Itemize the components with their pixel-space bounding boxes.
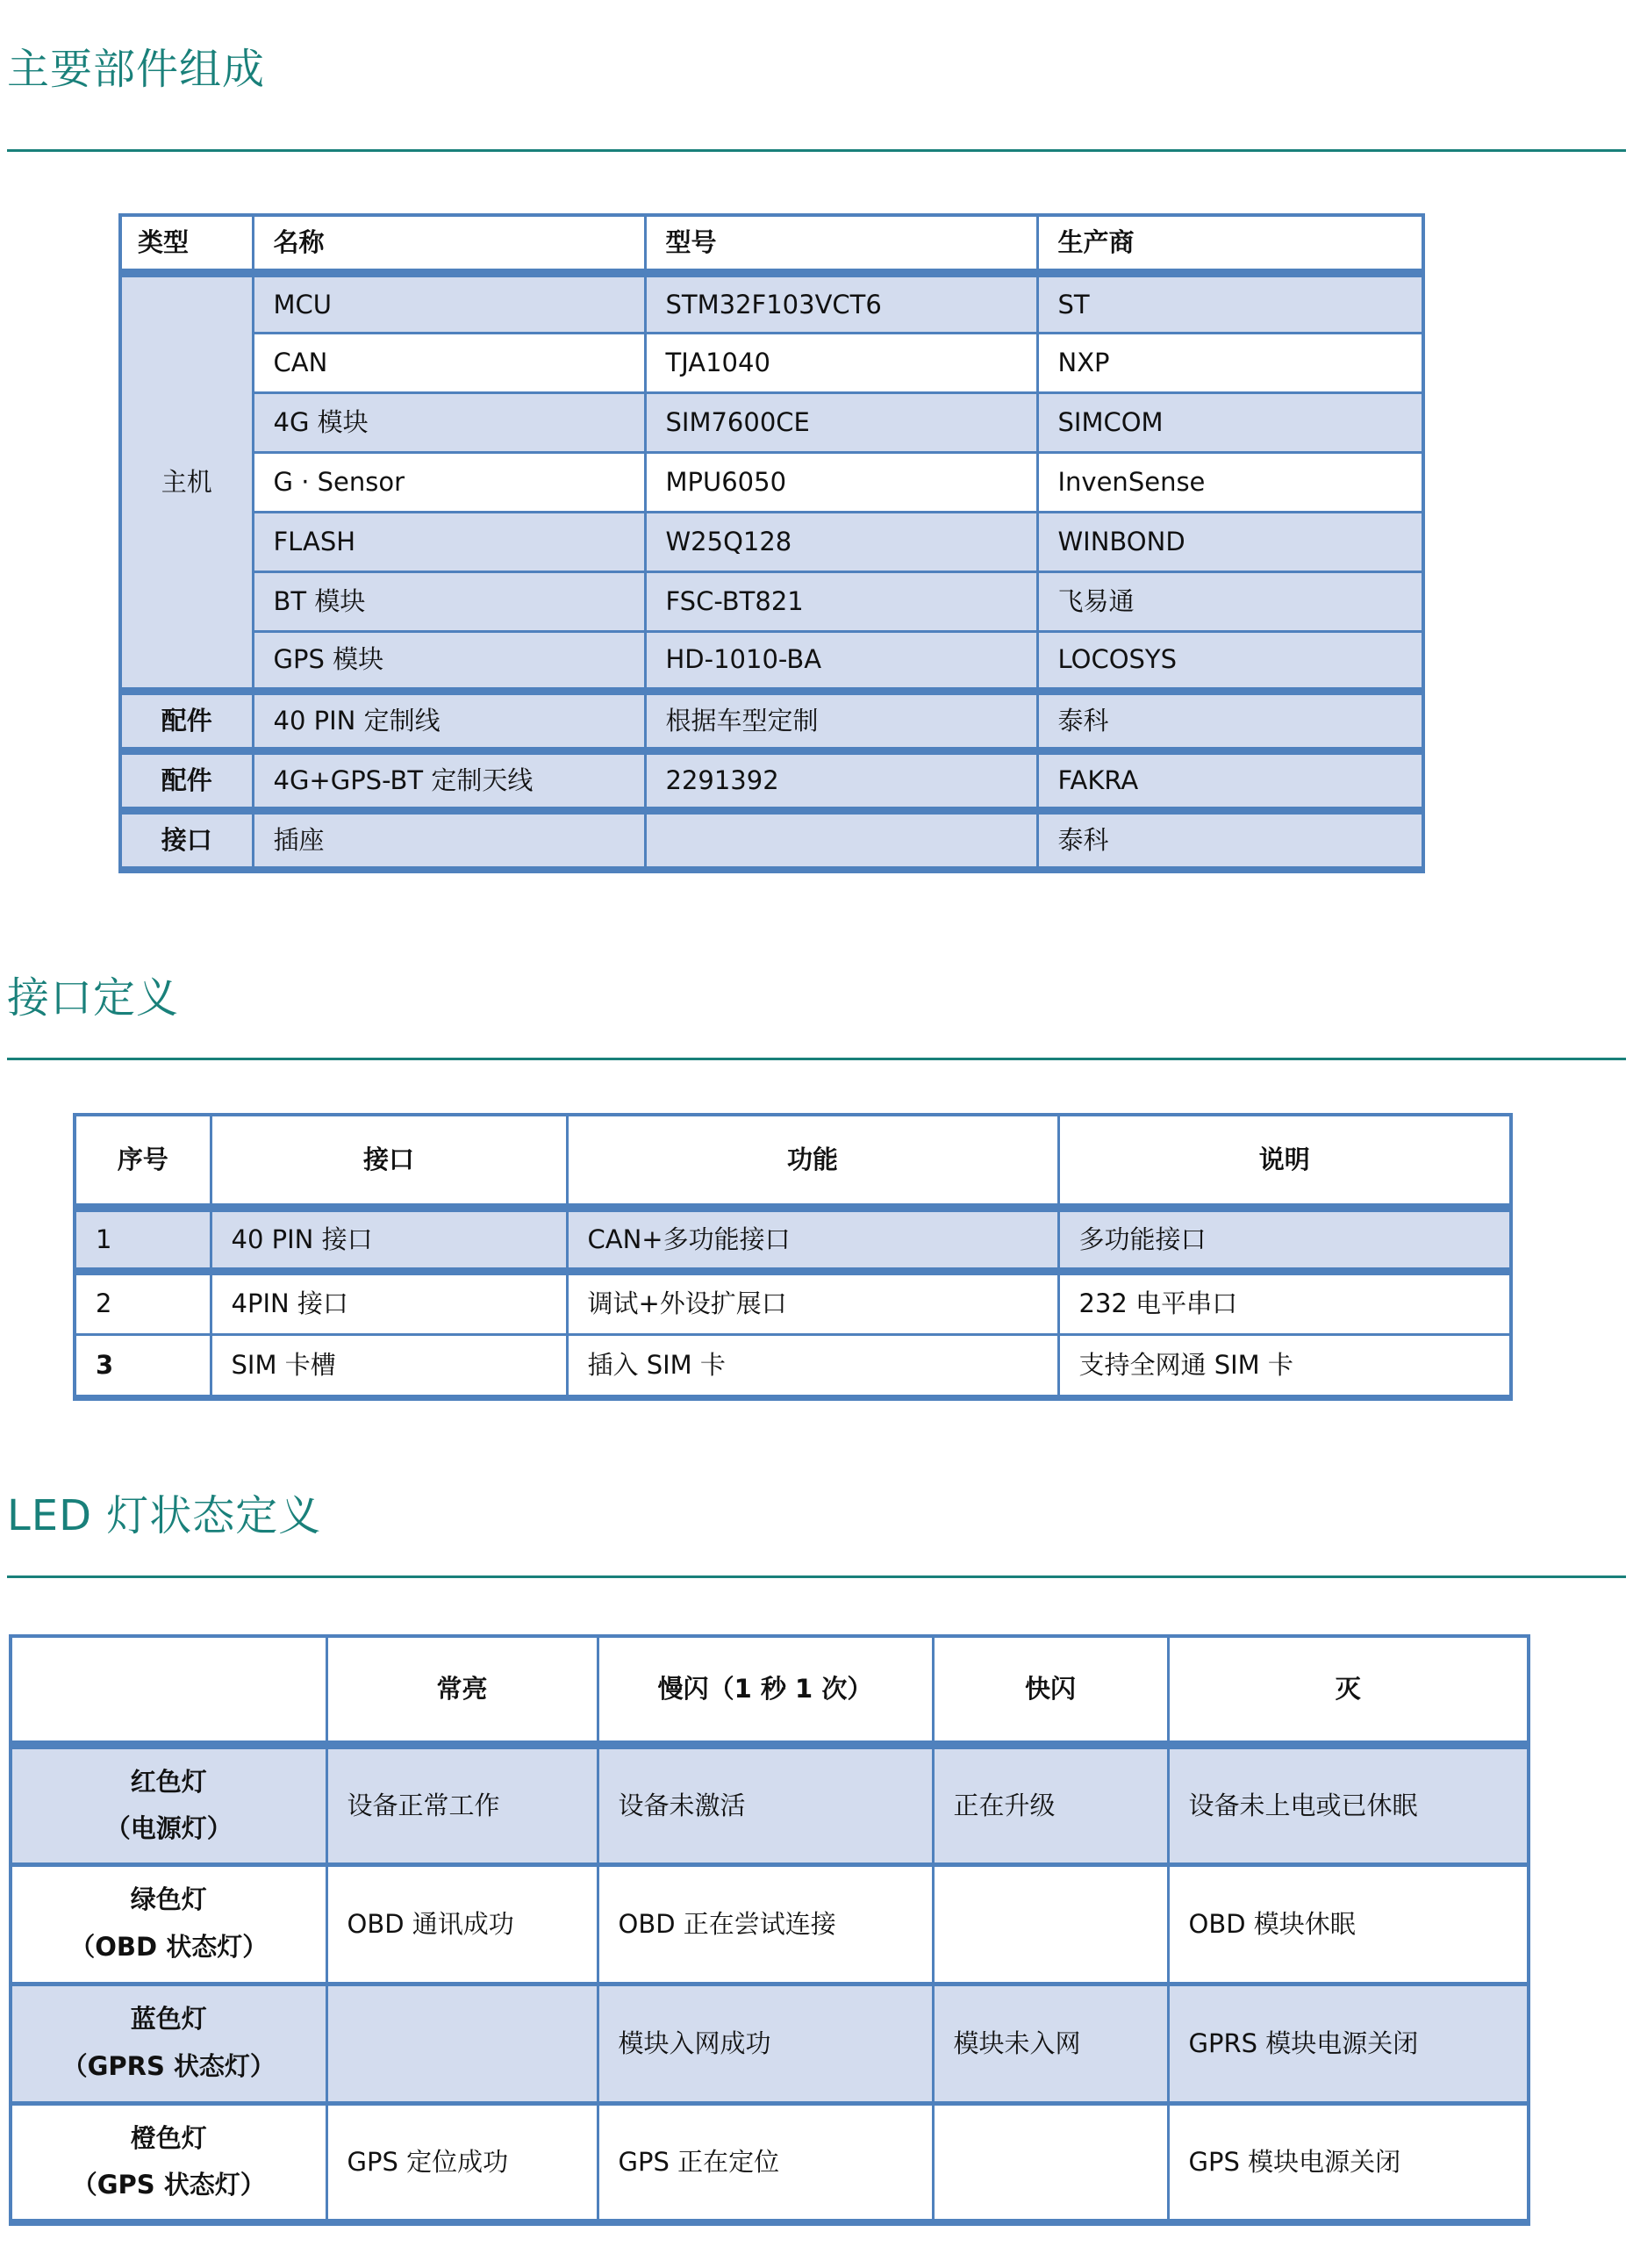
table-cell: 支持全网通 SIM 卡 bbox=[1058, 1334, 1511, 1397]
table-cell: NXP bbox=[1037, 333, 1423, 392]
table-cell: FAKRA bbox=[1037, 750, 1423, 810]
table-cell: OBD 通讯成功 bbox=[326, 1864, 598, 1984]
table-cell: 泰科 bbox=[1037, 691, 1423, 750]
table-cell: OBD 正在尝试连接 bbox=[598, 1864, 933, 1984]
table-cell: 设备未上电或已休眠 bbox=[1168, 1745, 1529, 1864]
table-cell: 绿色灯（OBD 状态灯） bbox=[11, 1864, 326, 1984]
table-cell: SIM7600CE bbox=[645, 392, 1037, 452]
column-header: 说明 bbox=[1058, 1115, 1511, 1208]
table-cell: 2291392 bbox=[645, 750, 1037, 810]
table-cell: 调试+外设扩展口 bbox=[567, 1271, 1058, 1334]
table-cell: 模块入网成功 bbox=[598, 1984, 933, 2103]
table-row: FLASHW25Q128WINBOND bbox=[120, 512, 1423, 571]
section-title-interfaces: 接口定义 bbox=[7, 964, 179, 1024]
table-cell: InvenSense bbox=[1037, 452, 1423, 512]
table-cell bbox=[933, 2103, 1168, 2222]
column-header: 常亮 bbox=[326, 1636, 598, 1745]
table-cell: 3 bbox=[75, 1334, 211, 1397]
cell-line: 绿色灯 bbox=[12, 1877, 326, 1924]
table-cell: GPS 定位成功 bbox=[326, 2103, 598, 2222]
table-cell: GPS 模块电源关闭 bbox=[1168, 2103, 1529, 2222]
section-title-led-states: LED 灯状态定义 bbox=[7, 1482, 321, 1542]
table-cell: FSC-BT821 bbox=[645, 571, 1037, 631]
table-row: 140 PIN 接口CAN+多功能接口多功能接口 bbox=[75, 1208, 1511, 1271]
table-cell: MPU6050 bbox=[645, 452, 1037, 512]
table-row: BT 模块FSC-BT821飞易通 bbox=[120, 571, 1423, 631]
document-page: 主要部件组成 类型名称型号生产商主机MCUSTM32F103VCT6STCANT… bbox=[0, 0, 1633, 2268]
column-header: 灭 bbox=[1168, 1636, 1529, 1745]
table-row: 蓝色灯（GPRS 状态灯）模块入网成功模块未入网GPRS 模块电源关闭 bbox=[11, 1984, 1529, 2103]
table-cell: WINBOND bbox=[1037, 512, 1423, 571]
table-cell: 多功能接口 bbox=[1058, 1208, 1511, 1271]
table-row: 3SIM 卡槽插入 SIM 卡支持全网通 SIM 卡 bbox=[75, 1334, 1511, 1397]
column-header: 功能 bbox=[567, 1115, 1058, 1208]
table-cell: 设备未激活 bbox=[598, 1745, 933, 1864]
table-cell: G · Sensor bbox=[253, 452, 645, 512]
table-cell: 接口 bbox=[120, 810, 253, 870]
table-row: G · SensorMPU6050InvenSense bbox=[120, 452, 1423, 512]
components-table: 类型名称型号生产商主机MCUSTM32F103VCT6STCANTJA1040N… bbox=[118, 213, 1425, 873]
table-cell: 插入 SIM 卡 bbox=[567, 1334, 1058, 1397]
table-cell: GPRS 模块电源关闭 bbox=[1168, 1984, 1529, 2103]
column-header: 型号 bbox=[645, 215, 1037, 273]
table-cell: OBD 模块休眠 bbox=[1168, 1864, 1529, 1984]
table-cell: BT 模块 bbox=[253, 571, 645, 631]
table-cell: 橙色灯（GPS 状态灯） bbox=[11, 2103, 326, 2222]
table-row: 绿色灯（OBD 状态灯）OBD 通讯成功OBD 正在尝试连接OBD 模块休眠 bbox=[11, 1864, 1529, 1984]
column-header: 慢闪（1 秒 1 次） bbox=[598, 1636, 933, 1745]
table-cell: LOCOSYS bbox=[1037, 631, 1423, 691]
header-row: 类型名称型号生产商 bbox=[120, 215, 1423, 273]
table-row: 24PIN 接口调试+外设扩展口232 电平串口 bbox=[75, 1271, 1511, 1334]
table-cell: 正在升级 bbox=[933, 1745, 1168, 1864]
table-cell: SIMCOM bbox=[1037, 392, 1423, 452]
table-cell: FLASH bbox=[253, 512, 645, 571]
table-cell bbox=[645, 810, 1037, 870]
column-header: 接口 bbox=[211, 1115, 567, 1208]
table-cell: 4G 模块 bbox=[253, 392, 645, 452]
column-header: 生产商 bbox=[1037, 215, 1423, 273]
column-header: 名称 bbox=[253, 215, 645, 273]
table-cell: MCU bbox=[253, 273, 645, 333]
table-cell: 泰科 bbox=[1037, 810, 1423, 870]
column-header: 快闪 bbox=[933, 1636, 1168, 1745]
table-cell: 模块未入网 bbox=[933, 1984, 1168, 2103]
table-cell: 根据车型定制 bbox=[645, 691, 1037, 750]
title-underline bbox=[7, 149, 1626, 152]
table-cell: 4G+GPS-BT 定制天线 bbox=[253, 750, 645, 810]
table-cell: STM32F103VCT6 bbox=[645, 273, 1037, 333]
table-cell: 蓝色灯（GPRS 状态灯） bbox=[11, 1984, 326, 2103]
cell-line: 蓝色灯 bbox=[12, 1996, 326, 2043]
table-cell: 232 电平串口 bbox=[1058, 1271, 1511, 1334]
table-row: CANTJA1040NXP bbox=[120, 333, 1423, 392]
section-title-components: 主要部件组成 bbox=[7, 35, 265, 96]
header-row: 序号接口功能说明 bbox=[75, 1115, 1511, 1208]
table-cell: CAN+多功能接口 bbox=[567, 1208, 1058, 1271]
header-row: 常亮慢闪（1 秒 1 次）快闪灭 bbox=[11, 1636, 1529, 1745]
table-cell: 40 PIN 定制线 bbox=[253, 691, 645, 750]
cell-line: 红色灯 bbox=[12, 1759, 326, 1806]
column-header: 序号 bbox=[75, 1115, 211, 1208]
table-cell: 设备正常工作 bbox=[326, 1745, 598, 1864]
table-cell: 1 bbox=[75, 1208, 211, 1271]
table-cell: GPS 正在定位 bbox=[598, 2103, 933, 2222]
column-header bbox=[11, 1636, 326, 1745]
table-cell: TJA1040 bbox=[645, 333, 1037, 392]
table-cell: 飞易通 bbox=[1037, 571, 1423, 631]
table-cell: SIM 卡槽 bbox=[211, 1334, 567, 1397]
cell-line: （GPRS 状态灯） bbox=[12, 2043, 326, 2091]
title-underline bbox=[7, 1575, 1626, 1578]
cell-line: （电源灯） bbox=[12, 1805, 326, 1853]
table-cell bbox=[326, 1984, 598, 2103]
table-cell: 插座 bbox=[253, 810, 645, 870]
table-row: GPS 模块HD-1010-BALOCOSYS bbox=[120, 631, 1423, 691]
table-cell: 2 bbox=[75, 1271, 211, 1334]
table-row: 接口插座泰科 bbox=[120, 810, 1423, 870]
table-cell bbox=[933, 1864, 1168, 1984]
title-underline bbox=[7, 1058, 1626, 1060]
table-cell: 40 PIN 接口 bbox=[211, 1208, 567, 1271]
interfaces-table: 序号接口功能说明140 PIN 接口CAN+多功能接口多功能接口24PIN 接口… bbox=[73, 1113, 1513, 1401]
table-cell: 红色灯（电源灯） bbox=[11, 1745, 326, 1864]
table-row: 4G 模块SIM7600CESIMCOM bbox=[120, 392, 1423, 452]
cell-line: 橙色灯 bbox=[12, 2115, 326, 2163]
cell-line: （GPS 状态灯） bbox=[12, 2162, 326, 2209]
table-row: 红色灯（电源灯）设备正常工作设备未激活正在升级设备未上电或已休眠 bbox=[11, 1745, 1529, 1864]
table-cell: HD-1010-BA bbox=[645, 631, 1037, 691]
table-cell: ST bbox=[1037, 273, 1423, 333]
table-cell: 配件 bbox=[120, 691, 253, 750]
table-row: 配件4G+GPS-BT 定制天线2291392FAKRA bbox=[120, 750, 1423, 810]
table-row: 主机MCUSTM32F103VCT6ST bbox=[120, 273, 1423, 333]
table-cell: CAN bbox=[253, 333, 645, 392]
table-cell: 配件 bbox=[120, 750, 253, 810]
table-cell: GPS 模块 bbox=[253, 631, 645, 691]
table-row: 橙色灯（GPS 状态灯）GPS 定位成功GPS 正在定位GPS 模块电源关闭 bbox=[11, 2103, 1529, 2222]
column-header: 类型 bbox=[120, 215, 253, 273]
table-cell: 主机 bbox=[120, 273, 253, 691]
table-cell: 4PIN 接口 bbox=[211, 1271, 567, 1334]
table-cell: W25Q128 bbox=[645, 512, 1037, 571]
led-states-table: 常亮慢闪（1 秒 1 次）快闪灭红色灯（电源灯）设备正常工作设备未激活正在升级设… bbox=[9, 1634, 1530, 2226]
table-row: 配件40 PIN 定制线根据车型定制泰科 bbox=[120, 691, 1423, 750]
cell-line: （OBD 状态灯） bbox=[12, 1924, 326, 1971]
